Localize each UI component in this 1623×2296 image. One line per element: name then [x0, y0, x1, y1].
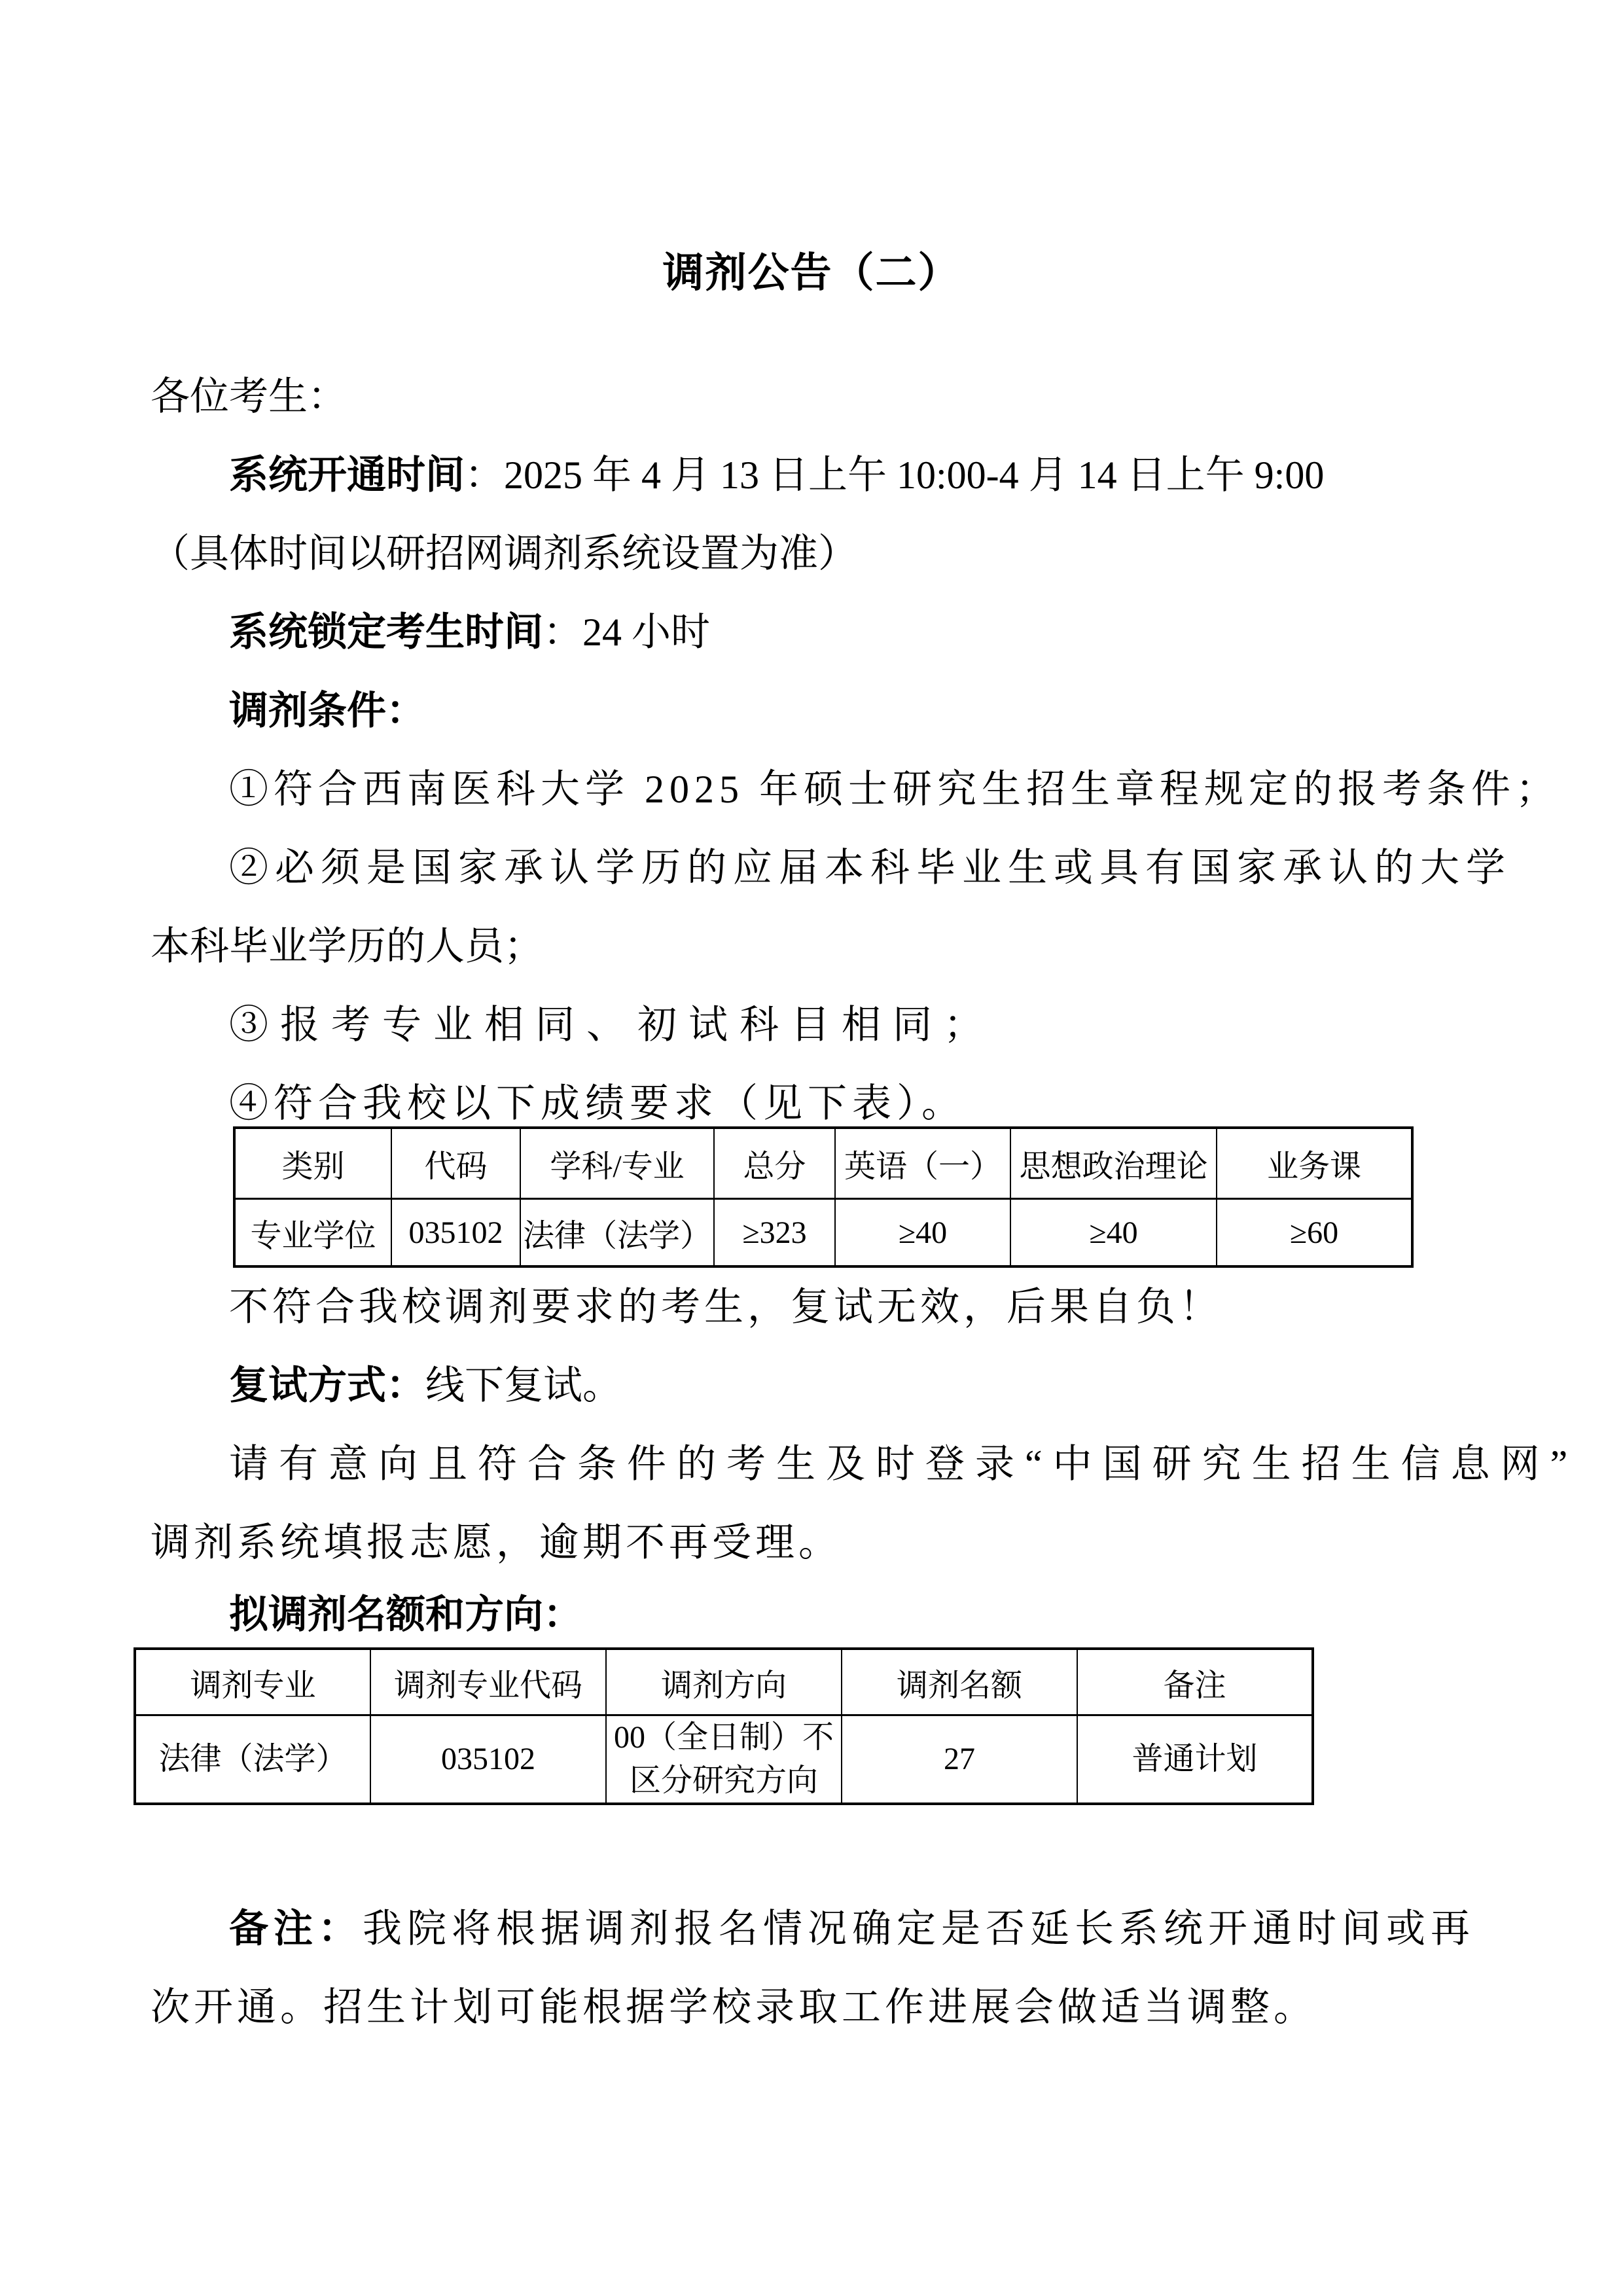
score-cell-english: ≥40 [835, 1199, 1010, 1267]
page-title: 调剂公告（二） [0, 0, 1623, 302]
score-cell-business: ≥60 [1217, 1199, 1412, 1267]
quota-cell-major: 法律（法学） [135, 1715, 370, 1804]
document-page: 调剂公告（二） 各位考生： 系统开通时间：2025 年 4 月 13 日上午 1… [0, 0, 1623, 2296]
score-cell-code: 035102 [391, 1199, 520, 1267]
remark-line-2: 次开通。招生计划可能根据学校录取工作进展会做适当调整。 [151, 1968, 1472, 2047]
condition-2-line-1: ②必须是国家承认学历的应届本科毕业生或具有国家承认的大学 [151, 829, 1472, 907]
open-time-label: 系统开通时间 [229, 452, 465, 498]
paragraph-interview: 复试方式：线下复试。 [151, 1346, 1472, 1425]
score-cell-category: 专业学位 [234, 1199, 391, 1267]
quota-header-major: 调剂专业 [135, 1649, 370, 1715]
login-line-1: 请有意向且符合条件的考生及时登录“中国研究生招生信息网” [151, 1425, 1472, 1503]
score-cell-politics: ≥40 [1010, 1199, 1217, 1267]
condition-2-line-2: 本科毕业学历的人员； [151, 907, 1472, 986]
quota-table-data-row: 法律（法学） 035102 00（全日制）不区分研究方向 27 普通计划 [135, 1715, 1313, 1804]
remark-label: 备注： [229, 1906, 363, 1952]
quota-header-direction: 调剂方向 [606, 1649, 842, 1715]
quota-header-quota: 调剂名额 [842, 1649, 1077, 1715]
lock-time-label: 系统锁定考生时间 [229, 609, 543, 655]
score-requirements-table: 类别 代码 学科/专业 总分 英语（一） 思想政治理论 业务课 专业学位 035… [233, 1126, 1414, 1268]
score-header-business: 业务课 [1217, 1128, 1412, 1199]
document-body: 各位考生： 系统开通时间：2025 年 4 月 13 日上午 10:00-4 月… [151, 357, 1472, 2047]
paragraph-remark-line-1: 备注：我院将根据调剂报名情况确定是否延长系统开通时间或再 [151, 1890, 1472, 1968]
condition-3: ③报考专业相同、初试科目相同； [151, 986, 1472, 1064]
score-cell-total: ≥323 [714, 1199, 835, 1267]
conditions-heading: 调剂条件： [151, 672, 1472, 750]
open-time-note: （具体时间以研招网调剂系统设置为准） [151, 514, 1472, 593]
remark-text-line-1: 我院将根据调剂报名情况确定是否延长系统开通时间或再 [363, 1907, 1475, 1950]
condition-1: ①符合西南医科大学 2025 年硕士研究生招生章程规定的报考条件； [151, 750, 1472, 829]
quota-cell-direction: 00（全日制）不区分研究方向 [606, 1715, 842, 1804]
quota-heading: 拟调剂名额和方向： [151, 1582, 1472, 1647]
login-line-2: 调剂系统填报志愿，逾期不再受理。 [151, 1503, 1472, 1582]
score-cell-major: 法律（法学） [520, 1199, 714, 1267]
invalid-note: 不符合我校调剂要求的考生，复试无效，后果自负！ [151, 1268, 1472, 1346]
quota-cell-remark: 普通计划 [1077, 1715, 1313, 1804]
paragraph-lock-time: 系统锁定考生时间：24 小时 [151, 593, 1472, 672]
quota-cell-major-code: 035102 [370, 1715, 606, 1804]
score-table-data-row: 专业学位 035102 法律（法学） ≥323 ≥40 ≥40 ≥60 [234, 1199, 1412, 1267]
paragraph-open-time: 系统开通时间：2025 年 4 月 13 日上午 10:00-4 月 14 日上… [151, 436, 1472, 514]
quota-header-remark: 备注 [1077, 1649, 1313, 1715]
quota-header-major-code: 调剂专业代码 [370, 1649, 606, 1715]
quota-cell-quota: 27 [842, 1715, 1077, 1804]
quota-table-header-row: 调剂专业 调剂专业代码 调剂方向 调剂名额 备注 [135, 1649, 1313, 1715]
salutation: 各位考生： [151, 357, 1472, 436]
score-header-politics: 思想政治理论 [1010, 1128, 1217, 1199]
interview-value: 线下复试。 [425, 1364, 622, 1407]
lock-time-value: ：24 小时 [543, 611, 710, 654]
interview-label: 复试方式： [229, 1363, 425, 1408]
quota-table: 调剂专业 调剂专业代码 调剂方向 调剂名额 备注 法律（法学） 035102 0… [134, 1647, 1314, 1805]
open-time-value: ：2025 年 4 月 13 日上午 10:00-4 月 14 日上午 9:00 [465, 454, 1324, 497]
